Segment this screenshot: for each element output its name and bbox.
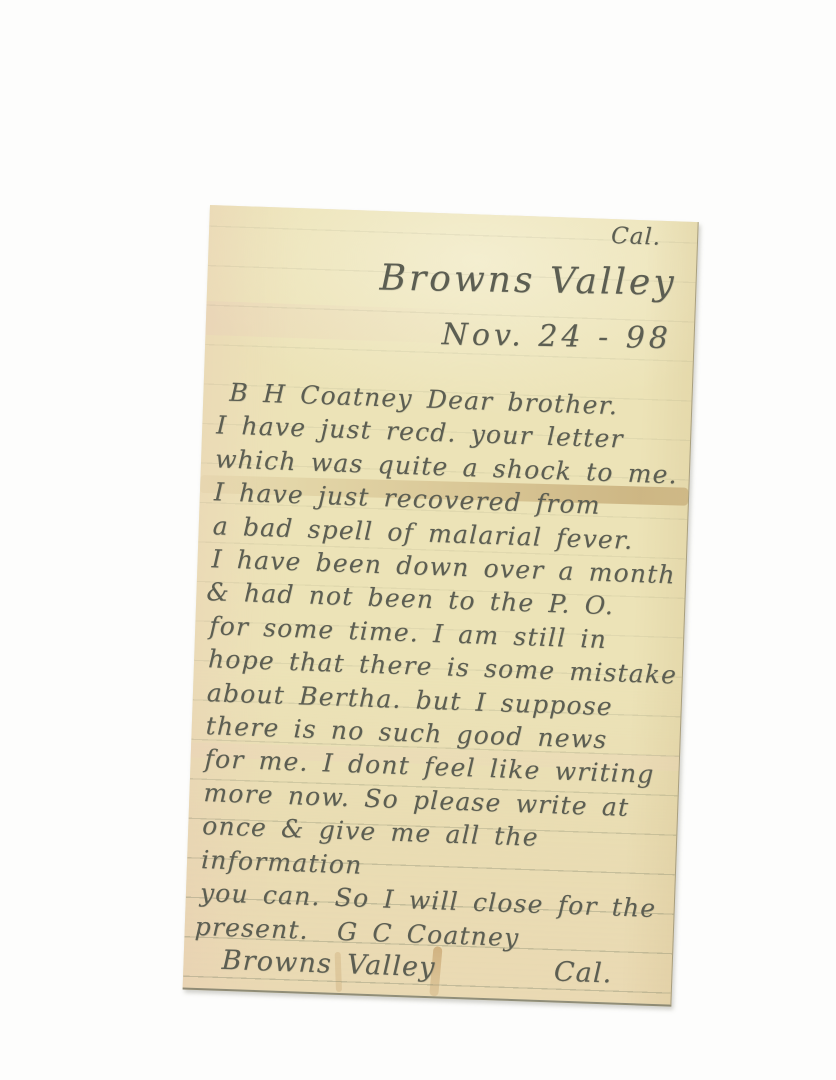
letterhead-state: Cal.: [611, 223, 662, 251]
scanned-letter-background: Cal. Browns Valley Nov. 24 - 98 B H Coat…: [0, 0, 836, 1080]
letterhead-date: Nov. 24 - 98: [441, 317, 672, 356]
letter-paper: Cal. Browns Valley Nov. 24 - 98 B H Coat…: [183, 205, 699, 1007]
letter-body: B H Coatney Dear brother. I have just re…: [191, 375, 688, 993]
letterhead-place: Browns Valley: [379, 258, 677, 304]
